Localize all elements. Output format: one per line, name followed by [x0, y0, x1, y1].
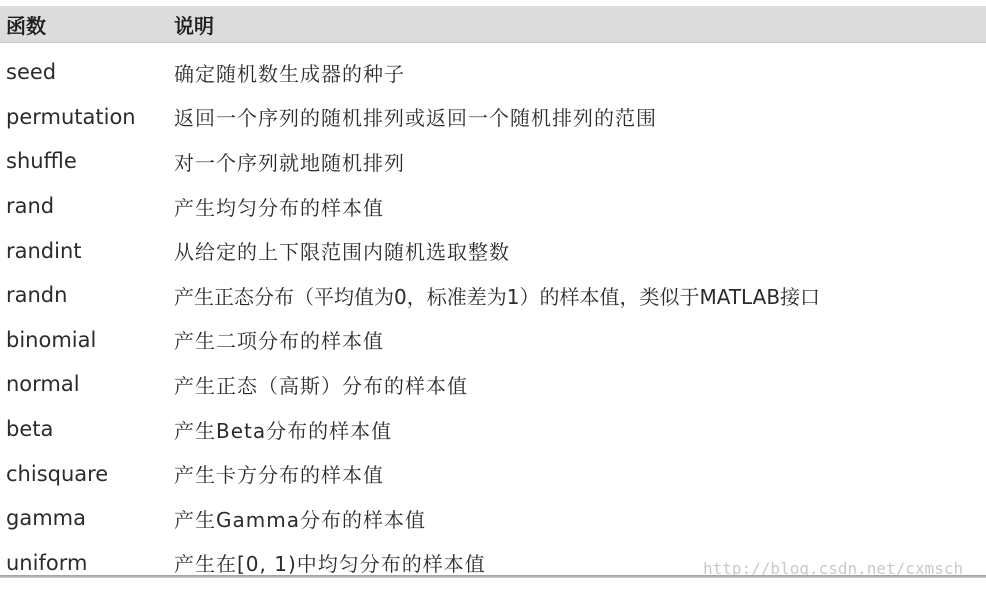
table-row: gamma产生Gamma分布的样本值: [0, 496, 986, 541]
function-name: gamma: [6, 506, 86, 530]
function-description: 对一个序列就地随机排列: [174, 147, 405, 176]
function-name: permutation: [6, 105, 136, 129]
table-row: permutation返回一个序列的随机排列或返回一个随机排列的范围: [0, 95, 986, 140]
function-name: normal: [6, 372, 80, 396]
function-name: binomial: [6, 328, 96, 352]
table-body: seed确定随机数生成器的种子 permutation返回一个序列的随机排列或返…: [0, 43, 986, 585]
function-table: 函数 说明 seed确定随机数生成器的种子 permutation返回一个序列的…: [0, 6, 986, 585]
function-name: seed: [6, 60, 56, 84]
table-row: binomial产生二项分布的样本值: [0, 318, 986, 363]
table-row: normal产生正态（高斯）分布的样本值: [0, 362, 986, 407]
table-bottom-rule: [0, 575, 986, 578]
table-row: randn产生正态分布（平均值为0，标准差为1）的样本值，类似于MATLAB接口: [0, 273, 986, 318]
table-row: rand产生均匀分布的样本值: [0, 184, 986, 229]
function-name: randn: [6, 283, 67, 307]
function-description: 产生均匀分布的样本值: [174, 192, 384, 221]
function-name: beta: [6, 417, 53, 441]
table-row: randint从给定的上下限范围内随机选取整数: [0, 228, 986, 273]
function-description: 产生二项分布的样本值: [174, 325, 384, 354]
header-description: 说明: [174, 10, 214, 39]
table-row: chisquare产生卡方分布的样本值: [0, 451, 986, 496]
function-description: 产生正态分布（平均值为0，标准差为1）的样本值，类似于MATLAB接口: [174, 281, 820, 310]
function-description: 从给定的上下限范围内随机选取整数: [174, 236, 510, 265]
function-name: uniform: [6, 551, 87, 575]
table-row: beta产生Beta分布的样本值: [0, 407, 986, 452]
function-name: rand: [6, 194, 54, 218]
function-name: chisquare: [6, 462, 108, 486]
function-name: shuffle: [6, 149, 77, 173]
table-row: seed确定随机数生成器的种子: [0, 50, 986, 95]
table-row: shuffle对一个序列就地随机排列: [0, 139, 986, 184]
function-description: 产生卡方分布的样本值: [174, 459, 384, 488]
function-description: 产生Gamma分布的样本值: [174, 504, 426, 533]
header-function: 函数: [6, 10, 46, 39]
function-description: 确定随机数生成器的种子: [174, 58, 405, 87]
function-description: 产生在[0, 1)中均匀分布的样本值: [174, 548, 486, 577]
function-description: 产生Beta分布的样本值: [174, 415, 392, 444]
table-header: 函数 说明: [0, 6, 986, 43]
function-description: 返回一个序列的随机排列或返回一个随机排列的范围: [174, 102, 657, 131]
function-description: 产生正态（高斯）分布的样本值: [174, 370, 468, 399]
function-name: randint: [6, 239, 82, 263]
